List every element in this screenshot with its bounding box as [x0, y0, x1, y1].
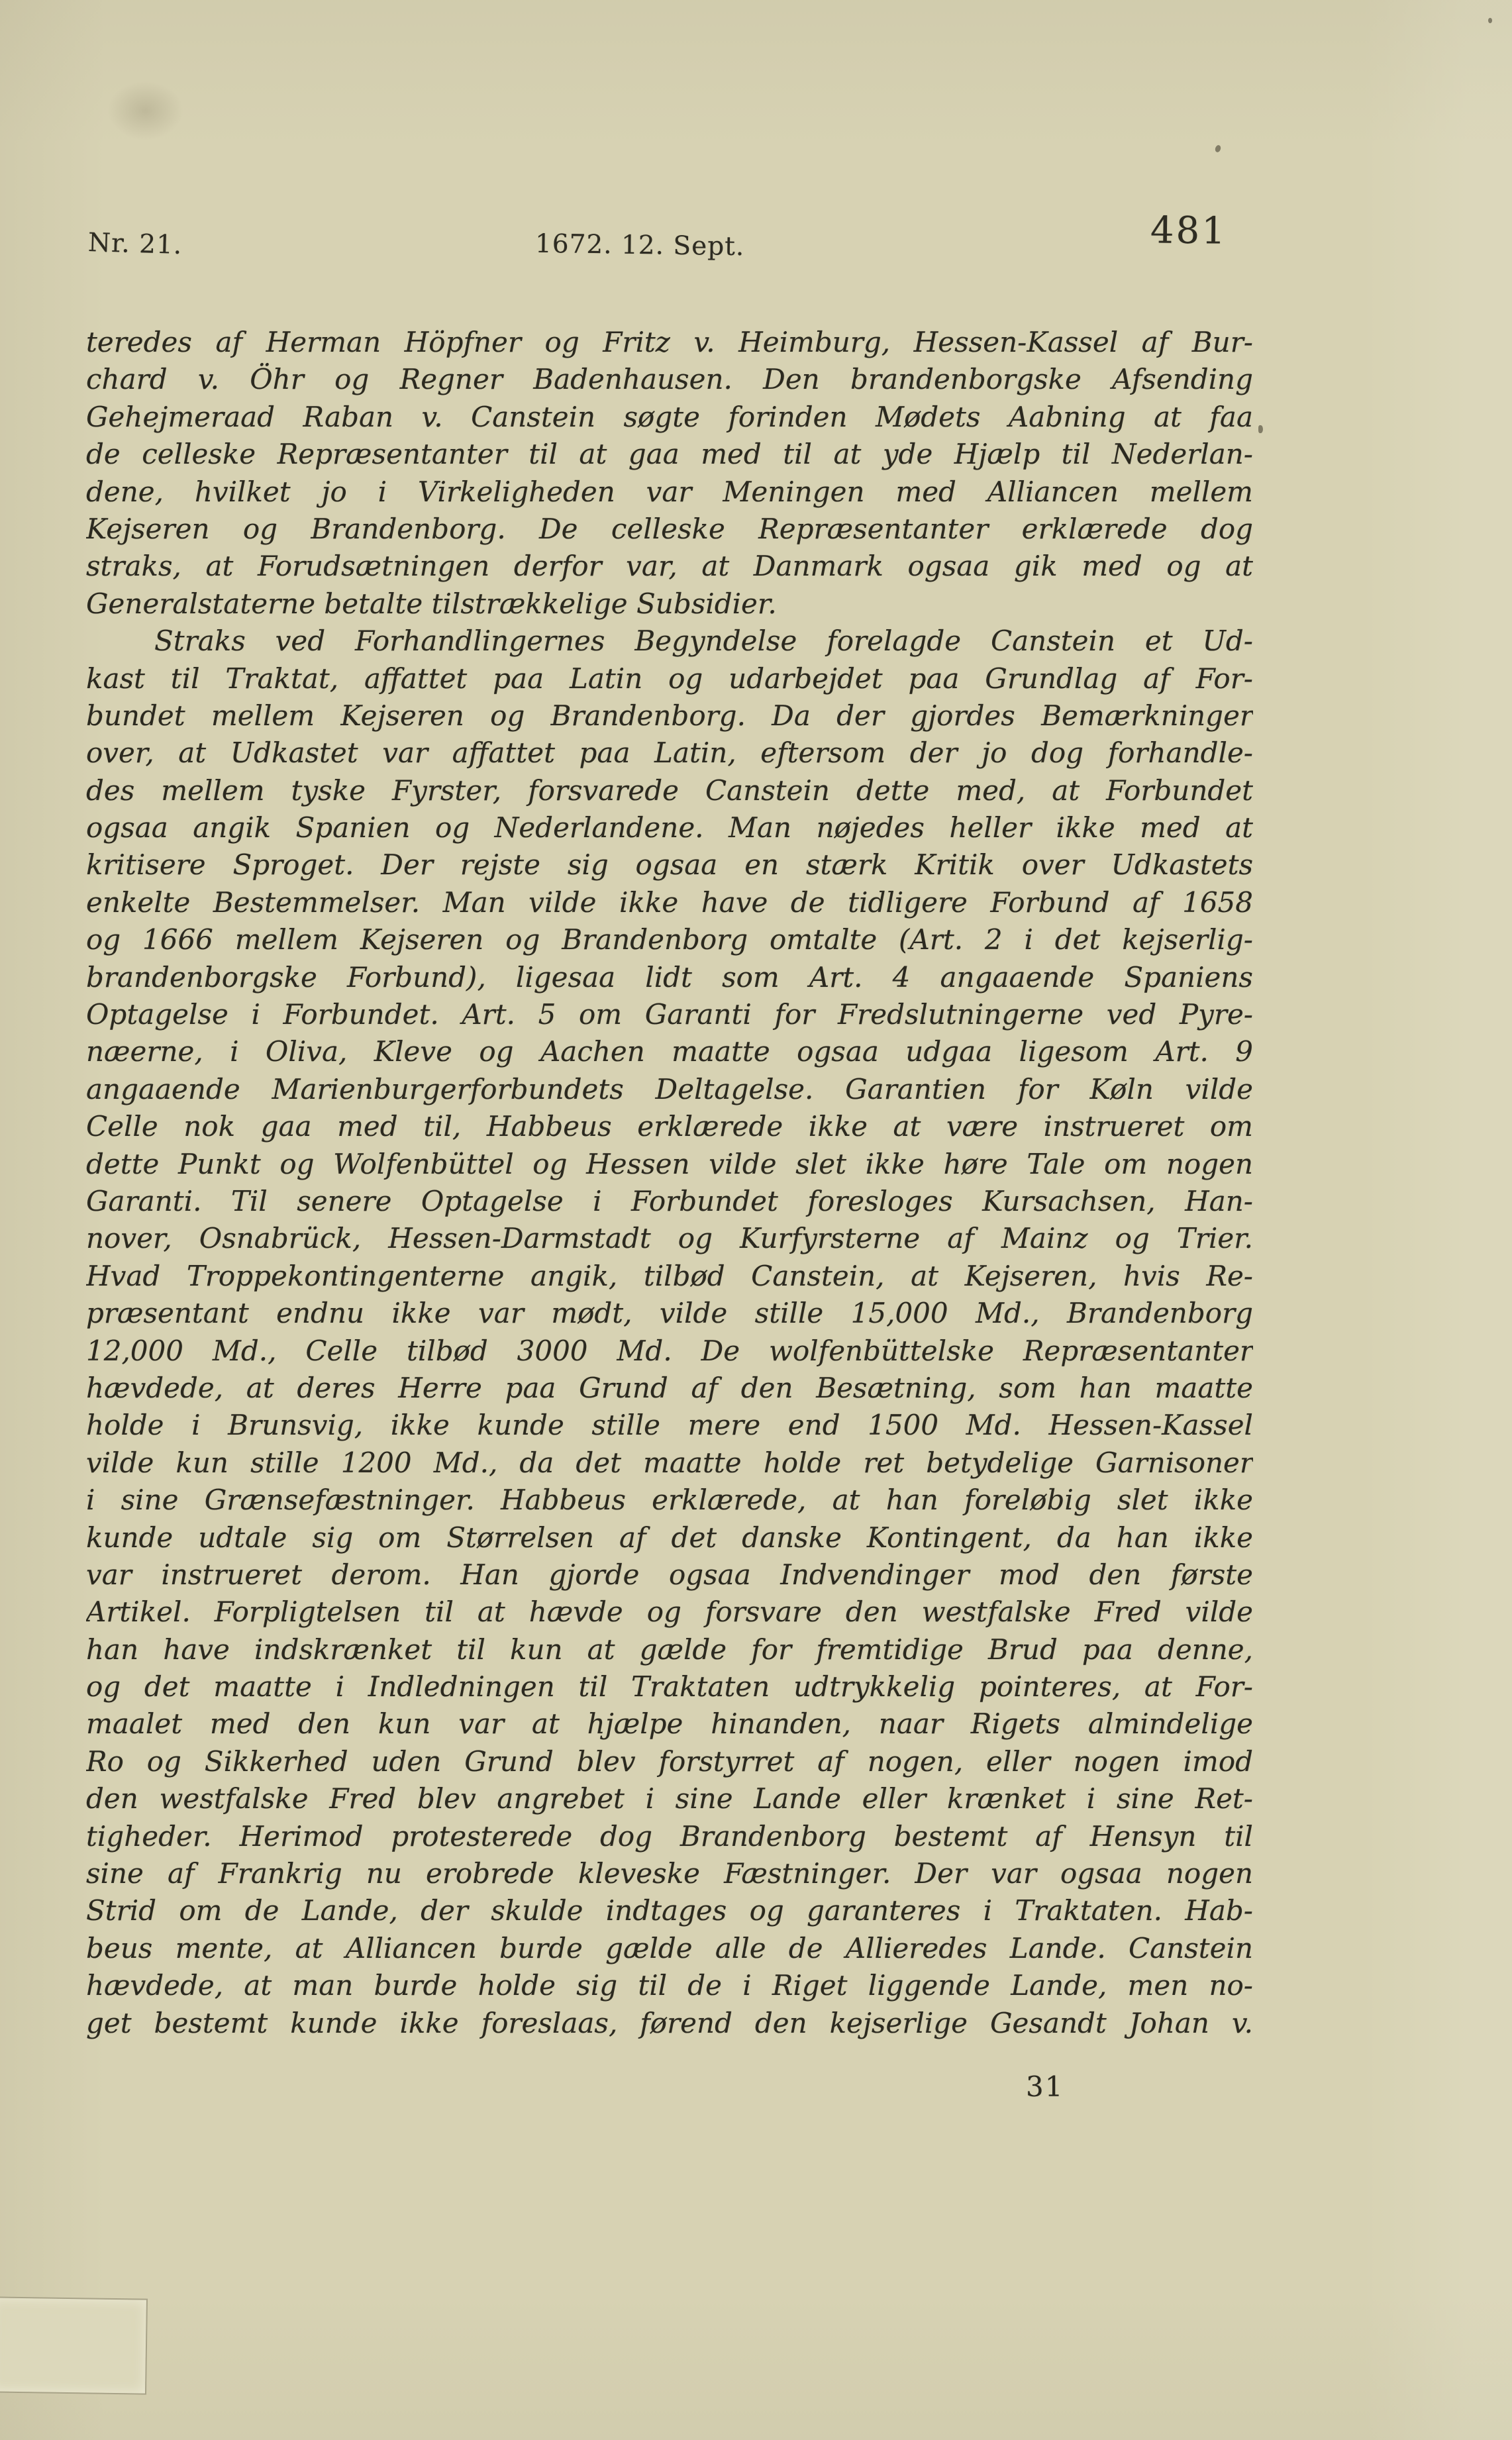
- text-line: den westfalske Fred blev angrebet i sine…: [86, 1780, 1253, 1817]
- text-line: 12,000 Md., Celle tilbød 3000 Md. De wol…: [86, 1333, 1253, 1370]
- text-line: han have indskrænket til kun at gælde fo…: [86, 1631, 1253, 1668]
- text-line: sine af Frankrig nu erobrede kleveske Fæ…: [86, 1855, 1253, 1892]
- text-line: kast til Traktat, affattet paa Latin og …: [86, 660, 1253, 697]
- text-line: Strid om de Lande, der skulde indtages o…: [86, 1892, 1253, 1929]
- text-line: hævdede, at deres Herre paa Grund af den…: [86, 1370, 1253, 1407]
- text-line: bundet mellem Kejseren og Brandenborg. D…: [86, 697, 1253, 735]
- paragraph-2: Straks ved Forhandlingernes Begyndelse f…: [86, 623, 1253, 2042]
- text-line: Gehejmeraad Raban v. Canstein søgte fori…: [86, 399, 1253, 436]
- text-line: og 1666 mellem Kejseren og Brandenborg o…: [86, 921, 1253, 958]
- text-line: Garanti. Til senere Optagelse i Forbunde…: [86, 1183, 1253, 1220]
- text-line: de celleske Repræsentanter til at gaa me…: [86, 436, 1253, 473]
- text-line: præsentant endnu ikke var mødt, vilde st…: [86, 1295, 1253, 1332]
- paragraph-1: teredes af Herman Höpfner og Fritz v. He…: [86, 324, 1253, 623]
- paper-speck: [1488, 18, 1492, 23]
- text-line: og det maatte i Indledningen til Traktat…: [86, 1668, 1253, 1705]
- ink-smudge: [107, 81, 183, 140]
- text-line: nover, Osnabrück, Hessen-Darmstadt og Ku…: [86, 1220, 1253, 1257]
- text-line: straks, at Forudsætningen derfor var, at…: [86, 548, 1253, 585]
- page-number: 481: [1150, 209, 1228, 252]
- text-line: hævdede, at man burde holde sig til de i…: [86, 1967, 1253, 2004]
- text-line: Optagelse i Forbundet. Art. 5 om Garanti…: [86, 996, 1253, 1033]
- body-text: teredes af Herman Höpfner og Fritz v. He…: [86, 324, 1253, 2042]
- paper-speck: [1258, 425, 1263, 433]
- text-line: Ro og Sikkerhed uden Grund blev forstyrr…: [86, 1743, 1253, 1780]
- text-line: Celle nok gaa med til, Habbeus erklærede…: [86, 1108, 1253, 1145]
- text-line: kunde udtale sig om Størrelsen af det da…: [86, 1519, 1253, 1556]
- header-document-number: Nr. 21.: [87, 228, 183, 260]
- text-line: holde i Brunsvig, ikke kunde stille mere…: [86, 1407, 1253, 1444]
- text-line: dette Punkt og Wolfenbüttel og Hessen vi…: [86, 1146, 1253, 1183]
- text-line: teredes af Herman Höpfner og Fritz v. He…: [86, 324, 1253, 361]
- text-line: var instrueret derom. Han gjorde ogsaa I…: [86, 1556, 1253, 1594]
- text-line: maalet med den kun var at hjælpe hinande…: [86, 1705, 1253, 1743]
- header-date: 1672. 12. Sept.: [535, 229, 745, 262]
- text-line: brandenborgske Forbund), ligesaa lidt so…: [86, 959, 1253, 996]
- text-line: Generalstaterne betalte tilstrækkelige S…: [86, 585, 1253, 623]
- text-line: Artikel. Forpligtelsen til at hævde og f…: [86, 1594, 1253, 1631]
- text-line: dene, hvilket jo i Virkeligheden var Men…: [86, 474, 1253, 511]
- text-line: ogsaa angik Spanien og Nederlandene. Man…: [86, 809, 1253, 846]
- pasted-label: [0, 2296, 148, 2394]
- book-page-scan: Nr. 21. 1672. 12. Sept. 481 teredes af H…: [0, 0, 1512, 2440]
- signature-mark: 31: [1026, 2070, 1064, 2103]
- text-line: chard v. Öhr og Regner Badenhausen. Den …: [86, 361, 1253, 398]
- text-line: enkelte Bestemmelser. Man vilde ikke hav…: [86, 884, 1253, 921]
- text-line: næerne, i Oliva, Kleve og Aachen maatte …: [86, 1033, 1253, 1070]
- text-line: i sine Grænsefæstninger. Habbeus erklære…: [86, 1482, 1253, 1519]
- text-line: vilde kun stille 1200 Md., da det maatte…: [86, 1445, 1253, 1482]
- text-line: Hvad Troppekontingenterne angik, tilbød …: [86, 1258, 1253, 1295]
- text-line: kritisere Sproget. Der rejste sig ogsaa …: [86, 846, 1253, 884]
- text-line: Straks ved Forhandlingernes Begyndelse f…: [86, 623, 1253, 660]
- text-line: angaaende Marienburgerforbundets Deltage…: [86, 1071, 1253, 1108]
- text-line: Kejseren og Brandenborg. De celleske Rep…: [86, 511, 1253, 548]
- text-line: tigheder. Herimod protesterede dog Brand…: [86, 1818, 1253, 1855]
- paper-speck: [1214, 144, 1221, 153]
- text-line: get bestemt kunde ikke foreslaas, førend…: [86, 2005, 1253, 2042]
- text-line: over, at Udkastet var affattet paa Latin…: [86, 735, 1253, 772]
- text-line: beus mente, at Alliancen burde gælde all…: [86, 1930, 1253, 1967]
- text-line: des mellem tyske Fyrster, forsvarede Can…: [86, 772, 1253, 809]
